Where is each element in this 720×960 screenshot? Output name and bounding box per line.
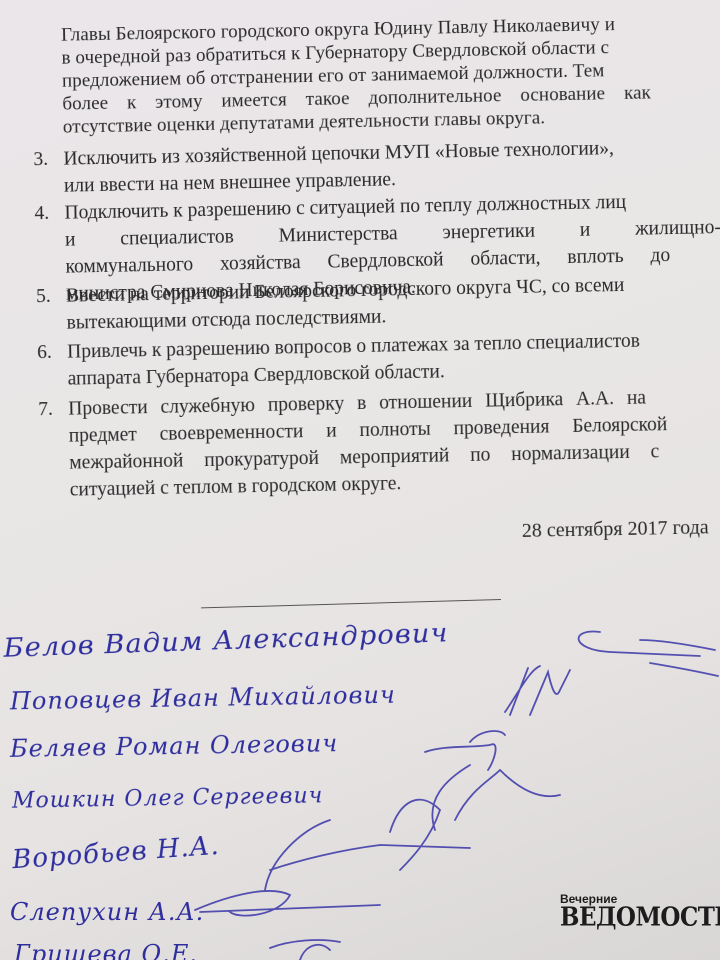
publisher-watermark: Вечерние ВЕДОМОСТИ	[560, 893, 720, 927]
watermark-logo-text: ВЕДОМОСТИ	[560, 905, 720, 930]
signature-marks	[0, 0, 720, 960]
signature-scribble	[195, 891, 380, 916]
signature-scribble	[432, 765, 560, 830]
signature-scribble	[505, 666, 570, 715]
signature-scribble	[265, 800, 470, 890]
signature-scribble	[425, 731, 505, 770]
signature-scribble	[579, 632, 718, 676]
signature-scribble	[270, 940, 340, 960]
